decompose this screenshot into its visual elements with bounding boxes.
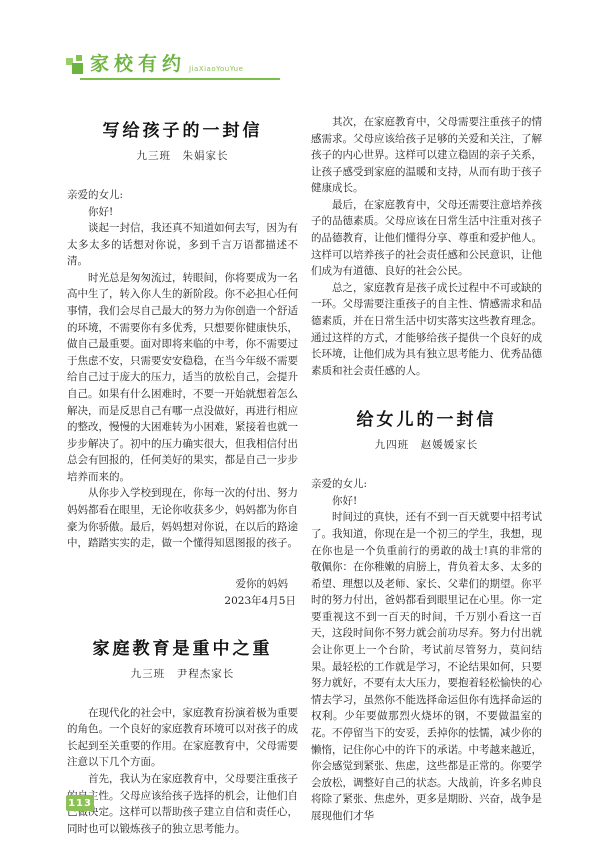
essay-paragraph: 总之，家庭教育是孩子成长过程中不可或缺的一环。父母需要注重孩子的自主性、情感需求…: [311, 280, 542, 379]
article-title: 家庭教育是重中之重: [67, 634, 298, 659]
letter-paragraph: 时间过的真快，还有不到一百天就要中招考试了。我知道，你现在是一个初三的学生，我想…: [311, 509, 542, 824]
article-family-education-continued: 其次，在家庭教育中，父母需要注重孩子的情感需求。父母应该给孩子足够的关爱和关注，…: [311, 114, 542, 379]
letter-greeting: 你好!: [311, 493, 542, 510]
article-byline: 九四班 赵媛媛家长: [311, 437, 542, 452]
essay-paragraph: 首先，我认为在家庭教育中，父母要注重孩子的自主性。父母应该给孩子选择的机会，让他…: [67, 771, 298, 837]
letter-date: 2023年4月5日: [67, 593, 298, 608]
article-title: 给女儿的一封信: [311, 405, 542, 430]
page-number-badge: 113: [66, 795, 94, 811]
letter-paragraph: 时光总是匆匆流过，转眼间，你将要成为一名高中生了，转入你人生的新阶段。你不必担心…: [67, 270, 298, 486]
article-byline: 九三班 朱娟家长: [67, 148, 298, 163]
article-title: 写给孩子的一封信: [67, 116, 298, 141]
letter-greeting: 你好!: [67, 204, 298, 221]
letter-salutation: 亲爱的女儿:: [311, 476, 542, 493]
article-byline: 九三班 尹程杰家长: [67, 666, 298, 681]
right-column: 其次，在家庭教育中，父母需要注重孩子的情感需求。父母应该给孩子足够的关爱和关注，…: [311, 100, 542, 824]
letter-paragraph: 谈起一封信，我还真不知道如何去写，因为有太多太多的话想对你说，多到千言万语都描述…: [67, 220, 298, 270]
essay-paragraph: 在现代化的社会中，家庭教育扮演着极为重要的角色。一个良好的家庭教育环境可以对孩子…: [67, 705, 298, 771]
essay-paragraph: 其次，在家庭教育中，父母需要注重孩子的情感需求。父母应该给孩子足够的关爱和关注，…: [311, 114, 542, 197]
left-column: 写给孩子的一封信 九三班 朱娟家长 亲爱的女儿: 你好! 谈起一封信，我还真不知…: [67, 100, 298, 837]
essay-paragraph: 最后，在家庭教育中，父母还需要注意培养孩子的品德素质。父母应该在日常生活中注重对…: [311, 197, 542, 280]
article-letter-to-child: 写给孩子的一封信 九三班 朱娟家长 亲爱的女儿: 你好! 谈起一封信，我还真不知…: [67, 116, 298, 608]
letter-paragraph: 从你步入学校到现在，你每一次的付出、努力妈妈都看在眼里，无论你收获多少，妈妈都为…: [67, 485, 298, 551]
letter-signature: 爱你的妈妈: [67, 576, 298, 591]
section-brand-title: 家校有约: [90, 55, 186, 74]
article-family-education: 家庭教育是重中之重 九三班 尹程杰家长 在现代化的社会中，家庭教育扮演着极为重要…: [67, 634, 298, 838]
page-header: 家校有约 JiaXiaoYouYue: [66, 55, 316, 80]
letter-signature-block: 爱你的妈妈 2023年4月5日: [67, 576, 298, 608]
letter-salutation: 亲爱的女儿:: [67, 187, 298, 204]
section-brand-pinyin: JiaXiaoYouYue: [189, 65, 243, 73]
header-divider: [80, 78, 280, 80]
article-letter-to-daughter: 给女儿的一封信 九四班 赵媛媛家长 亲爱的女儿: 你好! 时间过的真快，还有不到…: [311, 405, 542, 824]
magazine-page: 家校有约 JiaXiaoYouYue 写给孩子的一封信 九三班 朱娟家长 亲爱的…: [0, 0, 600, 848]
brand-squares-icon: [66, 55, 85, 74]
